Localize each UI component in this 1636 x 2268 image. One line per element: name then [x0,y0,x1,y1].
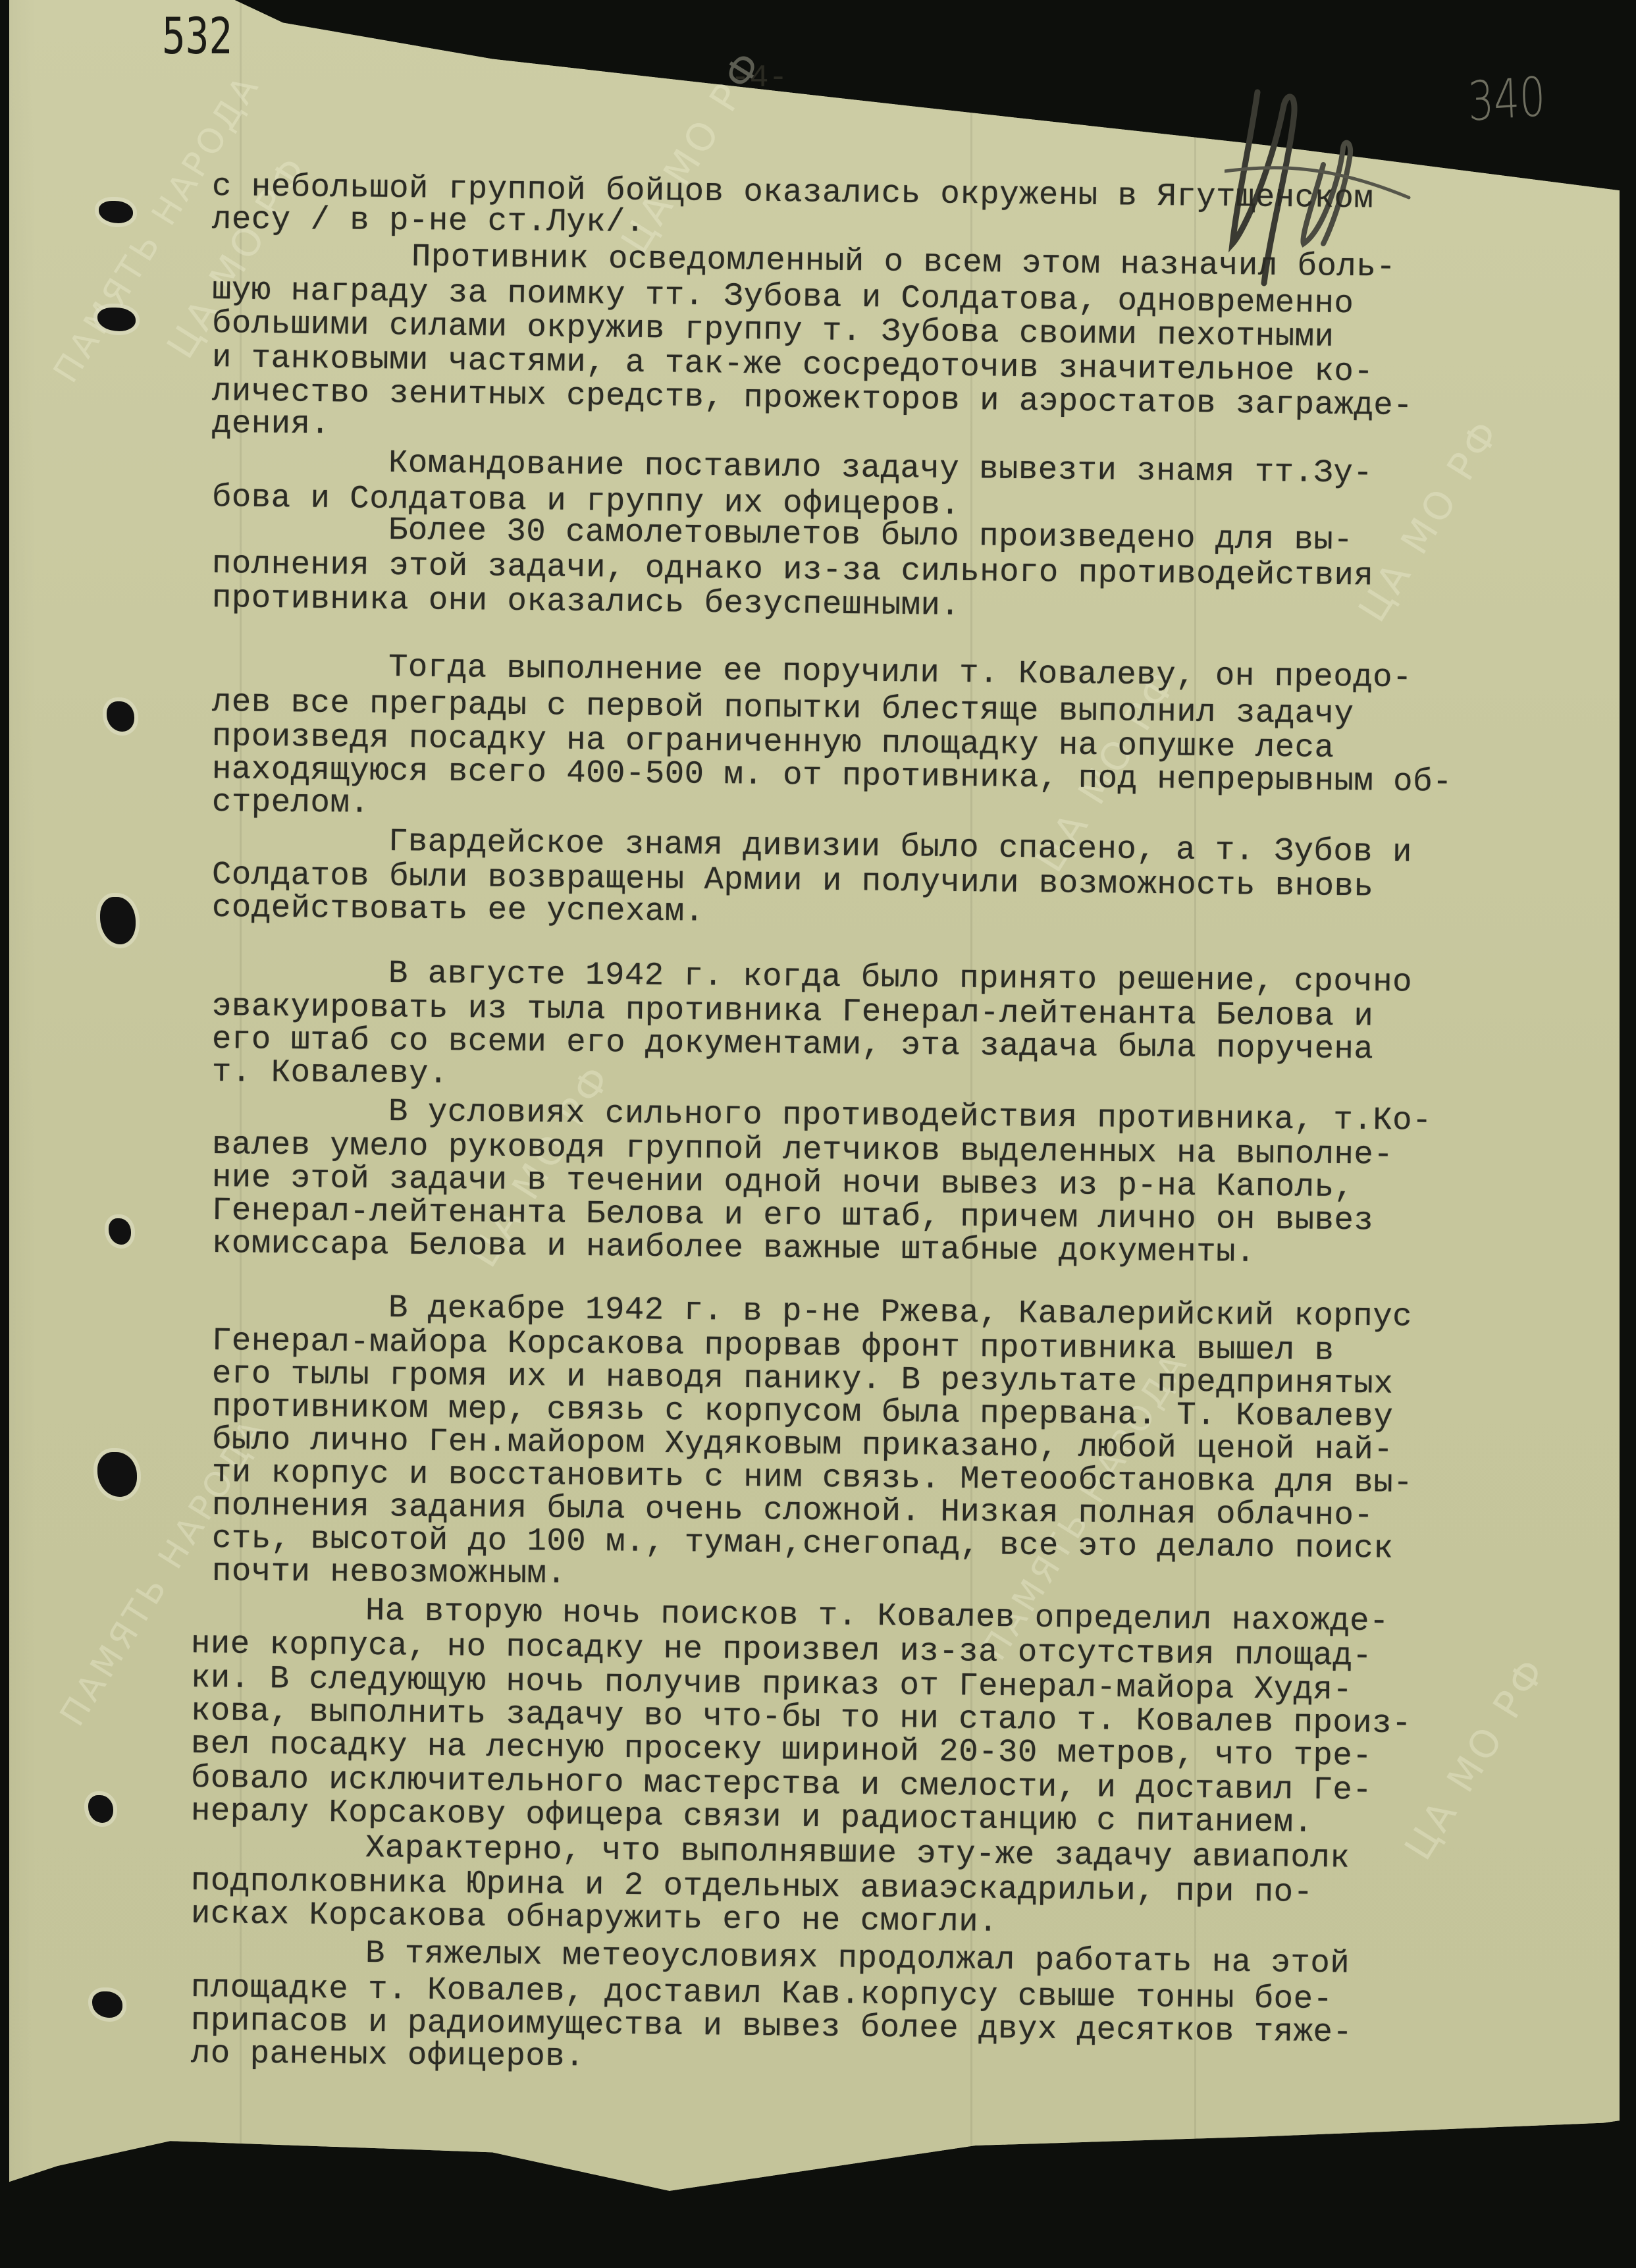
text-line: ло раненых офицеров. [191,2035,585,2075]
text-line: почти невозможным. [212,1553,567,1592]
typed-body-text: с небольшой группой бойцов оказались окр… [0,0,1636,2268]
text-line: т. Ковалеву. [212,1054,448,1093]
text-line: дения. [212,405,330,443]
text-line: стрелом. [212,784,370,822]
text-line: лесу / в р-не ст.Лук/. [212,201,645,241]
text-line: противника они оказались безуспешными. [212,580,961,624]
text-line: исках Корсакова обнаружить его не смогли… [191,1895,999,1941]
text-line: содействовать ее успехам. [212,889,704,931]
